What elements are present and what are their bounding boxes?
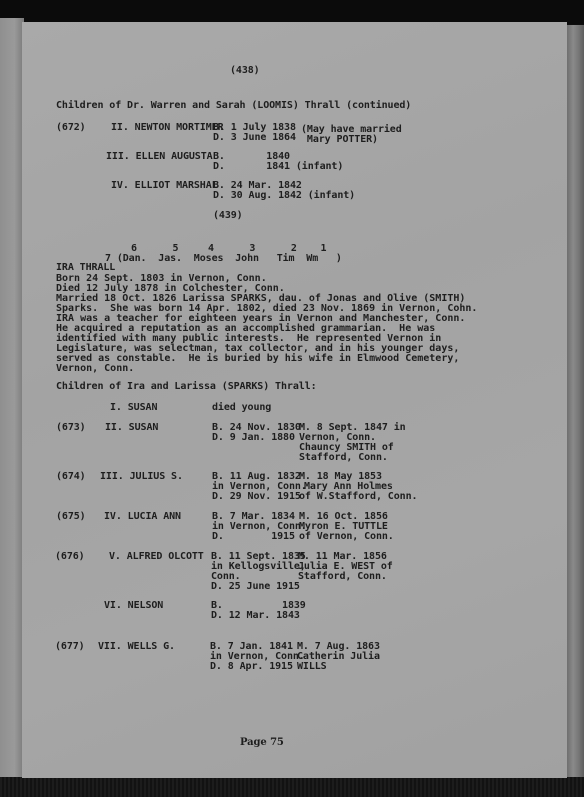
child-death: D. 30 Aug. 1842 (infant) (213, 191, 355, 201)
scan-top-border (0, 0, 584, 24)
child-ref: (673) (56, 423, 86, 433)
child-name: II. NEWTON MORTIMER (111, 123, 224, 133)
child-name: IV. ELLIOT MARSHAL (111, 181, 218, 191)
child-date: D. 12 Mar. 1843 (211, 611, 300, 621)
child-note: Mary POTTER) (301, 135, 378, 145)
page-header-number: (438) (230, 66, 260, 76)
child-note: died young (212, 403, 271, 413)
child-name: VI. NELSON (104, 601, 163, 611)
child-name: III. JULIUS S. (100, 472, 183, 482)
child-marriage: of W.Stafford, Conn. (299, 492, 417, 502)
document-page: (438) Children of Dr. Warren and Sarah (… (22, 22, 567, 778)
child-name: VII. WELLS G. (98, 642, 175, 652)
child-marriage: Stafford, Conn. (299, 453, 388, 463)
child-date: D. 8 Apr. 1915 (210, 662, 293, 672)
child-ref: (672) (56, 123, 86, 133)
child-ref: (676) (55, 552, 85, 562)
child-marriage: Stafford, Conn. (298, 572, 387, 582)
child-ref: (674) (56, 472, 86, 482)
child-name: II. SUSAN (105, 423, 158, 433)
child-death: D. 1841 (infant) (213, 162, 343, 172)
child-ref: (675) (56, 512, 86, 522)
child-date: D. 29 Nov. 1915 (212, 492, 301, 502)
child-marriage: of Vernon, Conn. (299, 532, 394, 542)
entry-number: (439) (213, 211, 243, 221)
person-name: IRA THRALL (56, 263, 115, 273)
page-footer: Page 75 (240, 738, 284, 748)
biography-line: Vernon, Conn. (56, 363, 134, 374)
child-name: IV. LUCIA ANN (104, 512, 181, 522)
child-date: D. 9 Jan. 1880 (212, 433, 295, 443)
page-stack-edge (566, 25, 584, 780)
child-marriage: WILLS (297, 662, 327, 672)
child-date: D. 25 June 1915 (211, 582, 300, 592)
lineage-line: 7 (Dan. Jas. Moses John Tim Wm ) (105, 254, 342, 264)
child-name: III. ELLEN AUGUSTA (106, 152, 213, 162)
child-name: V. ALFRED OLCOTT (109, 552, 204, 562)
child-ref: (677) (55, 642, 85, 652)
child-name: I. SUSAN (110, 403, 157, 413)
child-death: D. 3 June 1864 (213, 133, 296, 143)
scan-bottom-border (0, 777, 584, 797)
previous-page-edge (0, 18, 24, 780)
child-date: D. 1915 (212, 532, 295, 542)
section-title-warren-children: Children of Dr. Warren and Sarah (LOOMIS… (56, 101, 411, 111)
section-title-ira-children: Children of Ira and Larissa (SPARKS) Thr… (56, 382, 317, 392)
